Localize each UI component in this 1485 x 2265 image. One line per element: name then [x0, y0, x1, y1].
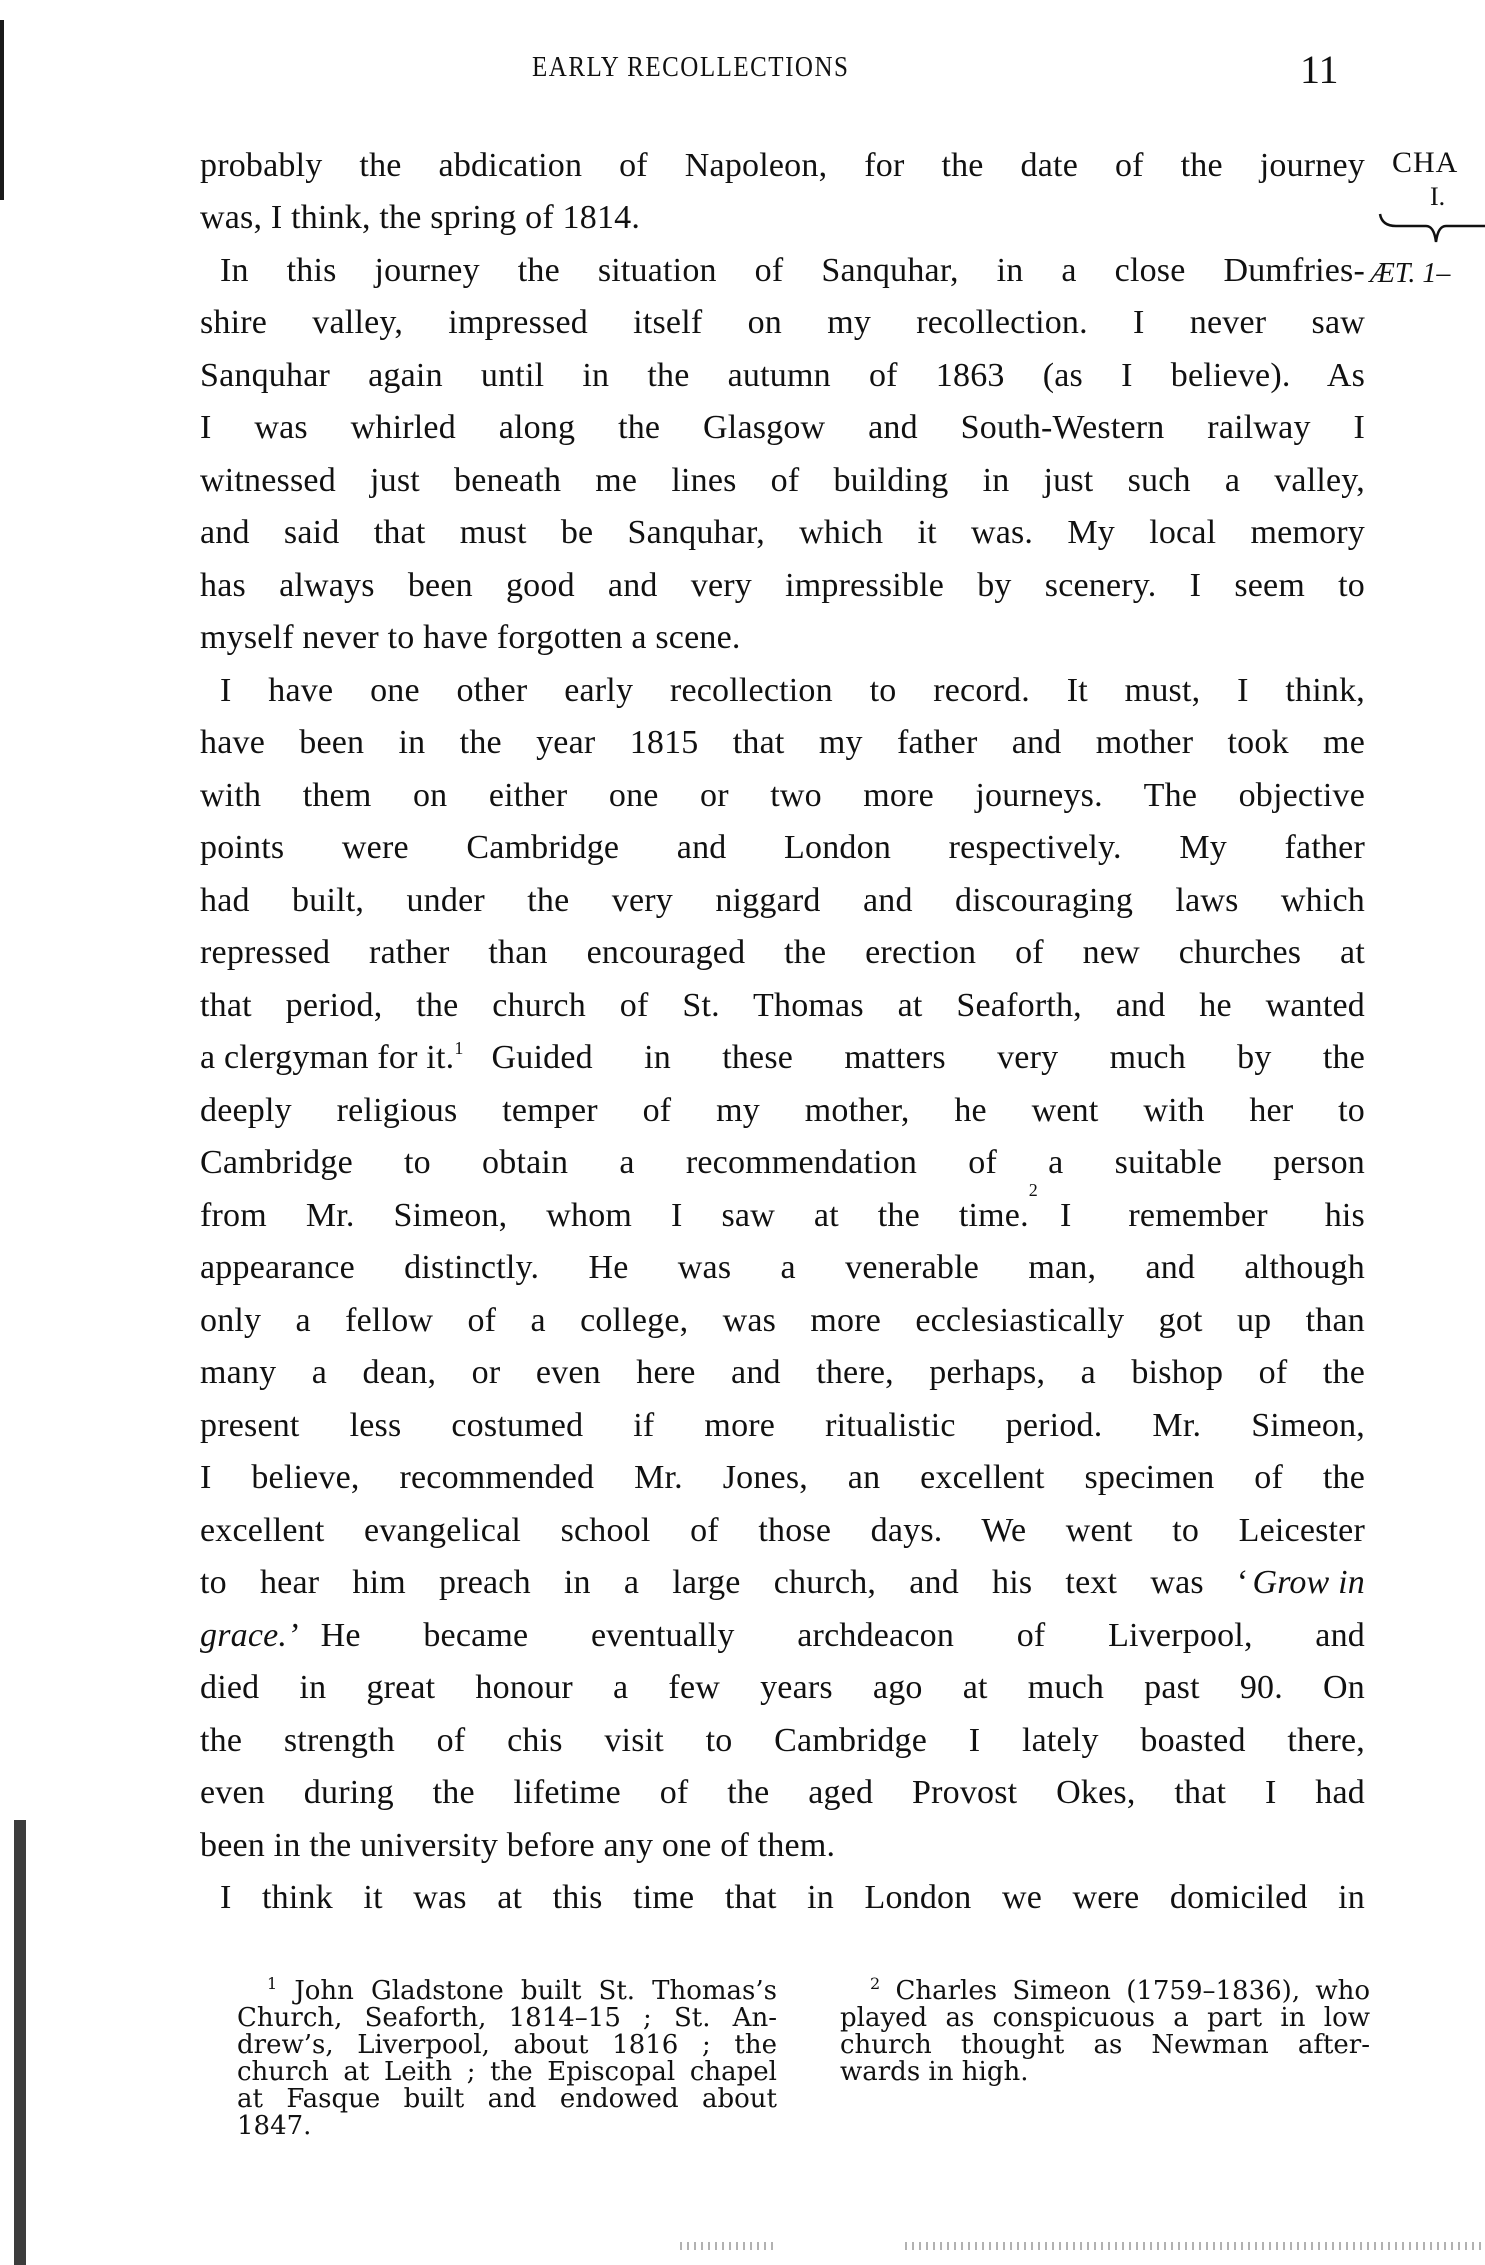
text-line: Sanquhar again until in the autumn of 18… — [200, 350, 1365, 402]
footnote-text: Charles Simeon (1759–1836), who — [895, 1976, 1370, 2006]
footnote-line: church thought as Newman after- — [840, 2032, 1370, 2059]
margin-age-note: ÆT. 1– — [1370, 258, 1450, 290]
text-line: was, I think, the spring of 1814. — [200, 192, 1365, 244]
text-line: died in great honour a few years ago at … — [200, 1662, 1365, 1714]
text-line: been in the university before any one of… — [200, 1820, 1365, 1872]
text-line: only a fellow of a college, was more ecc… — [200, 1295, 1365, 1347]
text-line: In this journey the situation of Sanquha… — [220, 245, 1365, 297]
text-line: deeply religious temper of my mother, he… — [200, 1085, 1365, 1137]
footnote-line: drew’s, Liverpool, about 1816 ; the — [237, 2032, 777, 2059]
text-line: has always been good and very impressibl… — [200, 560, 1365, 612]
footnote-line: 1847. — [237, 2113, 777, 2140]
text-line: shire valley, impressed itself on my rec… — [200, 297, 1365, 349]
italic-quote: Grow in — [1252, 1557, 1365, 1609]
page-number: 11 — [1300, 46, 1339, 93]
text-line: from Mr. Simeon, whom I saw at the time.… — [200, 1190, 1365, 1242]
text-fragment: from Mr. Simeon, whom I saw at the time. — [200, 1190, 1029, 1242]
footnote-2: 2 Charles Simeon (1759–1836), who played… — [840, 1978, 1370, 2086]
text-line: I believe, recommended Mr. Jones, an exc… — [200, 1452, 1365, 1504]
text-line: grace.’ He became eventually archdeacon … — [200, 1610, 1365, 1662]
margin-chapter-label: CHA — [1392, 146, 1458, 180]
footnote-line: 1 John Gladstone built St. Thomas’s — [237, 1978, 777, 2005]
text-line: and said that must be Sanquhar, which it… — [200, 507, 1365, 559]
text-line: repressed rather than encouraged the ere… — [200, 927, 1365, 979]
footnote-marker-2[interactable]: 2 — [1029, 1190, 1038, 1242]
italic-quote: grace.’ — [200, 1610, 299, 1662]
text-line: I was whirled along the Glasgow and Sout… — [200, 402, 1365, 454]
text-line: many a dean, or even here and there, per… — [200, 1347, 1365, 1399]
footnote-line: wards in high. — [840, 2059, 1370, 2086]
text-line: I think it was at this time that in Lond… — [220, 1872, 1365, 1924]
text-line: had built, under the very niggard and di… — [200, 875, 1365, 927]
scan-noise-artifact — [680, 2242, 775, 2250]
text-fragment: a clergyman for it. — [200, 1039, 454, 1076]
footnote-marker: 1 — [267, 1974, 277, 1993]
footnote-line: at Fasque built and endowed about — [237, 2086, 777, 2113]
running-title: EARLY RECOLLECTIONS — [532, 52, 849, 84]
text-line: that period, the church of St. Thomas at… — [200, 980, 1365, 1032]
text-line: points were Cambridge and London respect… — [200, 822, 1365, 874]
text-fragment: Guided in these matters very much by the — [492, 1032, 1365, 1084]
text-line: I have one other early recollection to r… — [220, 665, 1365, 717]
footnote-line: church at Leith ; the Episcopal chapel — [237, 2059, 777, 2086]
text-line: witnessed just beneath me lines of build… — [200, 455, 1365, 507]
text-line: the strength of chis visit to Cambridge … — [200, 1715, 1365, 1767]
text-line: myself never to have forgotten a scene. — [200, 612, 1365, 664]
footnote-marker: 2 — [870, 1974, 880, 1993]
scan-noise-artifact — [905, 2242, 1485, 2250]
text-fragment: He became eventually archdeacon of Liver… — [321, 1610, 1365, 1662]
text-line: present less costumed if more ritualisti… — [200, 1400, 1365, 1452]
text-line: Cambridge to obtain a recommendation of … — [200, 1137, 1365, 1189]
text-line: to hear him preach in a large church, an… — [200, 1557, 1365, 1609]
footnote-line: 2 Charles Simeon (1759–1836), who — [840, 1978, 1370, 2005]
text-line: excellent evangelical school of those da… — [200, 1505, 1365, 1557]
footnote-line: Church, Seaforth, 1814–15 ; St. An- — [237, 2005, 777, 2032]
footnote-marker-1[interactable]: 1 — [454, 1038, 463, 1058]
text-line: a clergyman for it.1 Guided in these mat… — [200, 1032, 1365, 1084]
running-header: EARLY RECOLLECTIONS 11 — [0, 46, 1485, 96]
text-fragment: I remember his — [1060, 1190, 1365, 1242]
text-line: probably the abdication of Napoleon, for… — [200, 140, 1365, 192]
text-fragment: to hear him preach in a large church, an… — [200, 1557, 1248, 1609]
footnote-text: John Gladstone built St. Thomas’s — [294, 1976, 777, 2006]
text-line: have been in the year 1815 that my fathe… — [200, 717, 1365, 769]
brace-icon — [1378, 212, 1485, 246]
footnote-line: played as conspicuous a part in low — [840, 2005, 1370, 2032]
text-line: with them on either one or two more jour… — [200, 770, 1365, 822]
text-line: even during the lifetime of the aged Pro… — [200, 1767, 1365, 1819]
scan-edge-artifact — [14, 1820, 26, 2265]
footnote-1: 1 John Gladstone built St. Thomas’s Chur… — [237, 1978, 777, 2140]
text-line: appearance distinctly. He was a venerabl… — [200, 1242, 1365, 1294]
margin-chapter-number: I. — [1430, 182, 1445, 212]
